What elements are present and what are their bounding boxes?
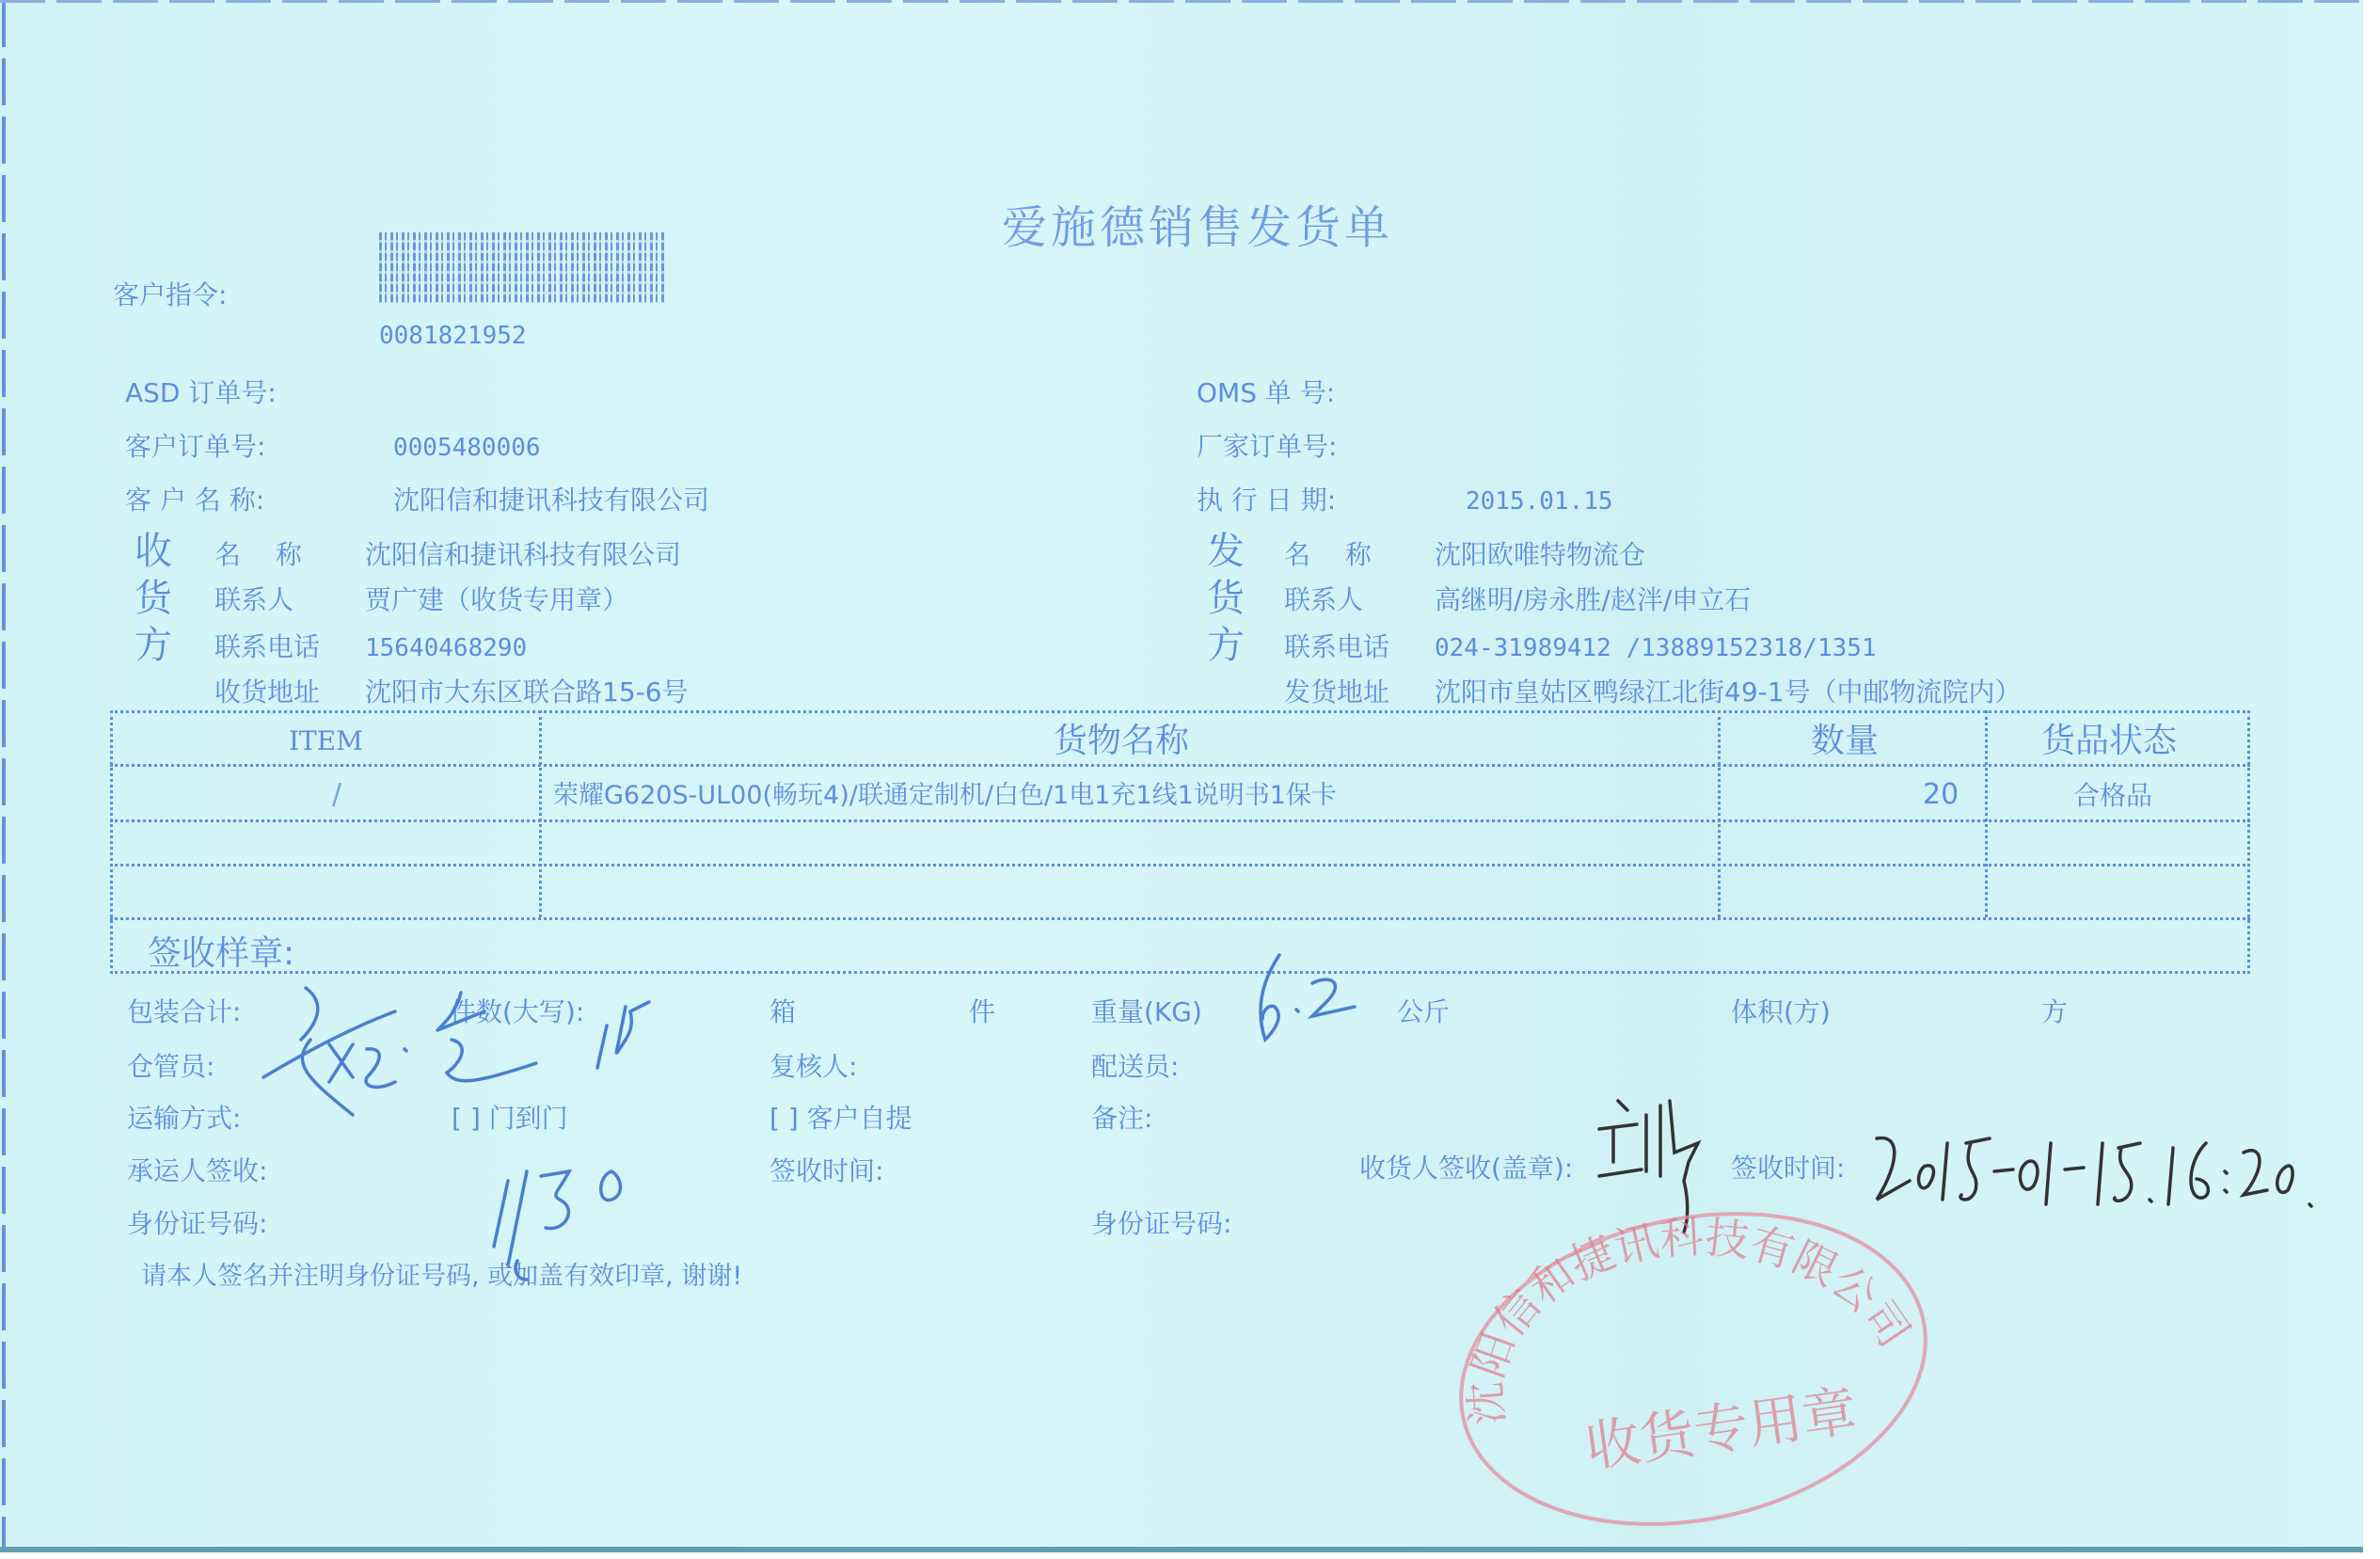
stamp-bottom-text: 收货专用章 — [1581, 1378, 1861, 1480]
sign-time-label: 签收时间: — [770, 1158, 883, 1185]
warehouse-keeper-label: 仓管员: — [127, 1054, 214, 1080]
id-number-label-left: 身份证号码: — [127, 1211, 267, 1237]
row-status: 合格品 — [2073, 783, 2152, 809]
customer-instruction-label: 客户指令: — [113, 282, 227, 309]
receiver-side-char-2: 货 — [135, 580, 172, 617]
receiver-sign-label: 收货人签收(盖章): — [1359, 1155, 1573, 1182]
carrier-sign-label: 承运人签收: — [127, 1158, 267, 1185]
row-item: / — [332, 781, 341, 809]
row-quantity: 20 — [1923, 781, 1959, 809]
header-item: ITEM — [289, 728, 363, 755]
customer-order-value: 0005480006 — [393, 436, 541, 460]
receiver-name-label: 名 称 — [214, 542, 315, 568]
asd-order-label: ASD 订单号: — [125, 380, 277, 406]
receiver-sign-time-label: 签收时间: — [1731, 1155, 1845, 1182]
execution-date-label: 执 行 日 期: — [1197, 487, 1336, 514]
customer-name-label: 客 户 名 称: — [125, 487, 264, 514]
shipper-phone-value: 024-31989412 /13889152318/1351 — [1435, 636, 1877, 660]
table-divider — [110, 917, 2250, 920]
box-label: 箱 — [770, 999, 796, 1026]
piece-label: 件 — [969, 999, 995, 1026]
receiver-contact-label: 联系人 — [214, 587, 294, 613]
delivery-note-paper: 爱施德销售发货单 客户指令: 0081821952 ASD 订单号: 客户订单号… — [0, 0, 2363, 1552]
shipper-name-value: 沈阳欧唯特物流仓 — [1435, 542, 1645, 568]
customer-pickup-option[interactable]: [ ] 客户自提 — [770, 1106, 912, 1132]
volume-unit: 方 — [2041, 999, 2068, 1026]
shipper-address-value: 沈阳市皇姑区鸭绿江北街49-1号（中邮物流院内） — [1435, 679, 2022, 706]
table-divider — [110, 764, 2250, 767]
receiver-side-char-3: 方 — [135, 627, 172, 664]
header-quantity: 数量 — [1811, 724, 1879, 758]
customer-order-label: 客户订单号: — [125, 434, 265, 460]
receiver-address-label: 收货地址 — [214, 679, 320, 706]
receiver-phone-value: 15640468290 — [365, 636, 527, 660]
shipper-side-char-3: 方 — [1207, 627, 1245, 664]
door-to-door-option[interactable]: [ ] 门到门 — [452, 1106, 568, 1132]
reviewer-label: 复核人: — [770, 1054, 857, 1080]
table-divider — [1985, 710, 1988, 917]
shipper-address-label: 发货地址 — [1284, 679, 1389, 706]
oms-number-label: OMS 单 号: — [1197, 380, 1335, 406]
signature-sample-label: 签收样章: — [148, 937, 294, 971]
shipper-side-char-1: 发 — [1207, 533, 1245, 570]
transport-label: 运输方式: — [127, 1106, 241, 1132]
table-divider — [110, 819, 2250, 822]
piece-count-label: 件数(大写): — [450, 999, 584, 1026]
perforation-top — [0, 0, 2363, 3]
receiver-side-char-1: 收 — [135, 533, 172, 570]
receiver-contact-value: 贾广建（收货专用章） — [365, 587, 628, 613]
receiver-sign-time-handwritten — [1872, 1115, 2324, 1218]
receiving-stamp: 沈阳信和捷讯科技有限公司 收货专用章 — [1449, 1207, 1938, 1532]
shipper-phone-label: 联系电话 — [1284, 634, 1389, 660]
id-number-label-right: 身份证号码: — [1091, 1211, 1231, 1237]
shipper-side-char-2: 货 — [1207, 580, 1245, 617]
table-divider — [539, 710, 542, 917]
receiver-address-value: 沈阳市大东区联合路15-6号 — [365, 679, 689, 706]
document-title: 爱施德销售发货单 — [1002, 205, 1393, 250]
package-total-label: 包装合计: — [127, 999, 241, 1026]
execution-date-value: 2015.01.15 — [1466, 489, 1613, 514]
row-goods-name: 荣耀G620S-UL00(畅玩4)/联通定制机/白色/1电1充1线1说明书1保卡 — [553, 783, 1337, 808]
notice-text: 请本人签名并注明身份证号码, 或加盖有效印章, 谢谢! — [141, 1264, 742, 1289]
shipper-contact-value: 高继明/房永胜/赵泮/申立石 — [1435, 587, 1751, 613]
perforation-left — [2, 0, 6, 1552]
weight-label: 重量(KG) — [1091, 999, 1202, 1026]
header-status: 货品状态 — [2041, 724, 2177, 758]
table-divider — [1718, 710, 1721, 917]
remarks-label: 备注: — [1091, 1106, 1152, 1132]
customer-instruction-number: 0081821952 — [379, 324, 527, 348]
weight-unit: 公斤 — [1397, 999, 1450, 1026]
receiver-name-value: 沈阳信和捷讯科技有限公司 — [365, 542, 681, 568]
volume-label: 体积(方) — [1731, 999, 1831, 1026]
deliverer-label: 配送员: — [1091, 1054, 1179, 1080]
table-divider — [110, 864, 2250, 867]
shipper-name-label: 名 称 — [1284, 542, 1385, 568]
shipper-contact-label: 联系人 — [1284, 587, 1363, 613]
barcode-icon — [379, 232, 666, 303]
factory-order-label: 厂家订单号: — [1197, 434, 1337, 460]
header-goods-name: 货物名称 — [1054, 724, 1189, 758]
receiver-phone-label: 联系电话 — [214, 634, 320, 660]
customer-name-value: 沈阳信和捷讯科技有限公司 — [393, 487, 709, 514]
